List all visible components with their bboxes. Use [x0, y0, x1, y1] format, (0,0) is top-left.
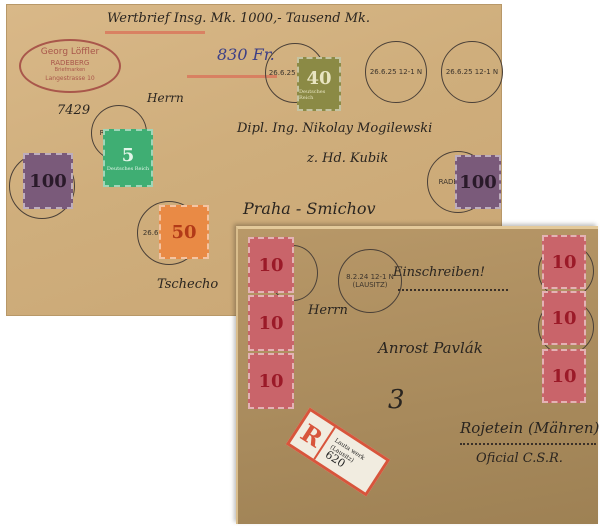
sender-subtitle: Briefmarken: [21, 67, 119, 73]
envelope-2: 8.2.24 12-1 N (LAUSITZ) Einschreiben! He…: [236, 226, 598, 524]
handwritten-mark: 3: [388, 385, 405, 415]
wavy-underline: [460, 439, 596, 445]
addressee-line-2: z. Hd. Kubik: [307, 151, 388, 166]
value-letter-note: Wertbrief Insg. Mk. 1000,- Tausend Mk.: [107, 11, 370, 26]
country-line: Tschecho: [157, 277, 218, 292]
sender-name: Georg Löffler: [21, 47, 119, 57]
salutation: Herrn: [147, 91, 184, 105]
red-underline: [105, 31, 205, 34]
country-line: Oficial C.S.R.: [476, 451, 563, 466]
sender-city: RADEBERG: [21, 59, 119, 67]
stamp-100: 100: [23, 153, 73, 209]
sender-address: Langestrasse 10: [21, 75, 119, 82]
postmark: 26.6.25 12-1 N: [441, 41, 503, 103]
city-line: Praha - Smichov: [243, 199, 376, 218]
stamp-50: 50: [159, 205, 209, 259]
stamp-10: 10: [542, 291, 586, 345]
stamp-10: 10: [248, 237, 294, 293]
reference-note: 7429: [57, 103, 90, 118]
addressee-line-1: Dipl. Ing. Nikolay Mogilewski: [237, 121, 432, 136]
salutation: Herrn: [308, 303, 348, 318]
postmark: 26.6.25 12-1 N: [365, 41, 427, 103]
stamp-40pf: 40 Deutsches Reich: [297, 57, 341, 111]
registered-note: Einschreiben!: [393, 265, 485, 280]
city-line: Rojetein (Mähren): [460, 419, 599, 437]
stamp-10: 10: [542, 349, 586, 403]
stamp-5: 5 Deutsches Reich: [103, 129, 153, 187]
stamp-100: 100: [455, 155, 501, 209]
sender-stamp: Georg Löffler RADEBERG Briefmarken Lange…: [19, 39, 121, 93]
red-underline-2: [187, 75, 277, 78]
stamp-10: 10: [248, 295, 294, 351]
stamp-10: 10: [542, 235, 586, 289]
wavy-underline: [398, 285, 508, 291]
addressee: Anrost Pavlák: [378, 339, 483, 357]
stamp-10: 10: [248, 353, 294, 409]
